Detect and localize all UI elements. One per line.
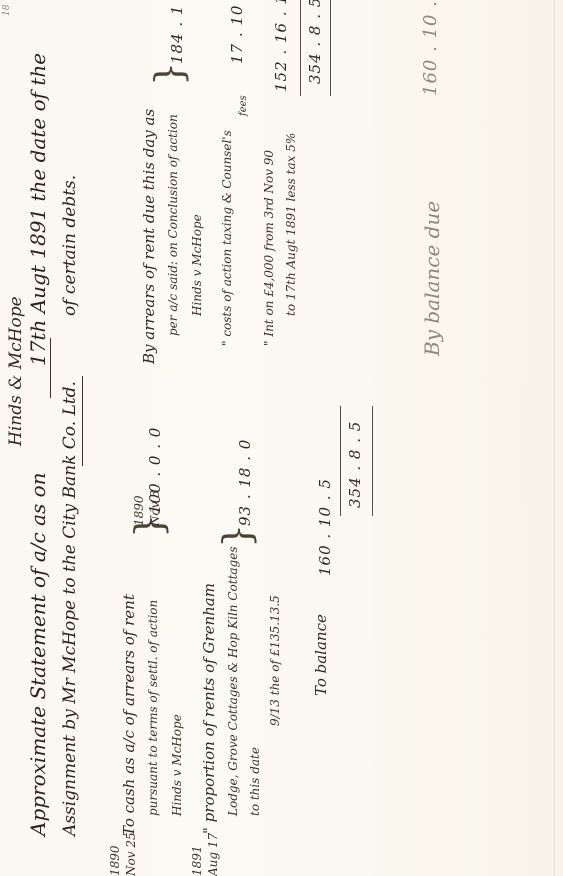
- ledger-sheet-rotated: Hinds & McHope Approximate Statement of …: [0, 0, 563, 876]
- credit-entry-2-amount: 17 . 10 . 0: [228, 0, 246, 64]
- heading-line2a: Assignment by Mr McHope to the City Bank…: [60, 381, 80, 836]
- debit-total: 354 . 8 . 5: [346, 421, 364, 508]
- debit-date-1: Nov 25: [124, 832, 138, 876]
- debit-year-2: 1891: [190, 845, 204, 876]
- credit-entry-1-line3: Hinds v McHope: [190, 214, 204, 316]
- debit-entry-2-amount: 93 . 18 . 0: [236, 439, 254, 526]
- credit-entry-3-line2: to 17th Augt 1891 less tax 5%: [284, 133, 298, 316]
- credit-total-rule-bottom: [330, 0, 331, 96]
- credit-balance-due-label: By balance due: [420, 201, 444, 356]
- credit-entry-1-line2: per a/c said: on Conclusion of action: [166, 114, 180, 336]
- debit-entry-2-line4: 9/13 the of £135.13.5: [268, 595, 282, 726]
- debit-balance-label: To balance: [312, 614, 330, 696]
- credit-total-rule-top: [300, 0, 301, 96]
- debit-entry-1-line3: Hinds v McHope: [170, 714, 184, 816]
- credit-entry-2-line2: fees: [238, 95, 249, 116]
- debit-year-1: 1890: [108, 845, 122, 876]
- heading-line2b: of certain debts.: [60, 175, 80, 316]
- heading-underline-2: [82, 376, 83, 466]
- page-number: 18: [2, 5, 12, 16]
- heading-annotation: Hinds & McHope: [6, 296, 26, 446]
- credit-total: 354 . 8 . 5: [306, 0, 324, 84]
- brace: }: [150, 62, 188, 86]
- heading-line1b: 17th Augt 1891 the date of the: [26, 53, 50, 366]
- debit-date-2: Aug 17: [206, 833, 220, 876]
- debit-entry-2-line2: Lodge, Grove Cottages & Hop Kiln Cottage…: [226, 546, 240, 816]
- credit-entry-2-line1: " costs of action taxing & Counsel's: [220, 130, 234, 346]
- debit-total-rule-top: [340, 406, 341, 516]
- credit-entry-3-line1: " Int on £4,000 from 3rd Nov 90: [262, 150, 276, 346]
- debit-balance-amount: 160 . 10 . 5: [316, 478, 334, 576]
- heading-line1a: Approximate Statement of a/c as on: [26, 472, 50, 836]
- credit-date-1: Nov 3: [148, 490, 162, 526]
- debit-entry-2-line1: " proportion of rents of Grenham: [200, 583, 218, 834]
- credit-year-1: 1890: [132, 495, 146, 526]
- credit-entry-1-line1: By arrears of rent due this day as: [140, 109, 158, 364]
- debit-total-rule-bottom: [372, 406, 373, 516]
- credit-balance-due-amount: 160 . 10 . 5: [420, 0, 441, 96]
- debit-entry-1-line2: pursuant to terms of settl. of action: [146, 600, 160, 816]
- brace: }: [218, 524, 256, 548]
- heading-underline: [50, 338, 51, 398]
- credit-entry-1-amount: 184 . 1 . 7: [168, 0, 186, 64]
- debit-entry-2-line3: to this date: [248, 747, 262, 816]
- credit-entry-3-amount: 152 . 16 . 10: [272, 0, 290, 92]
- debit-entry-1-line1: To cash as a/c of arrears of rent: [120, 594, 138, 836]
